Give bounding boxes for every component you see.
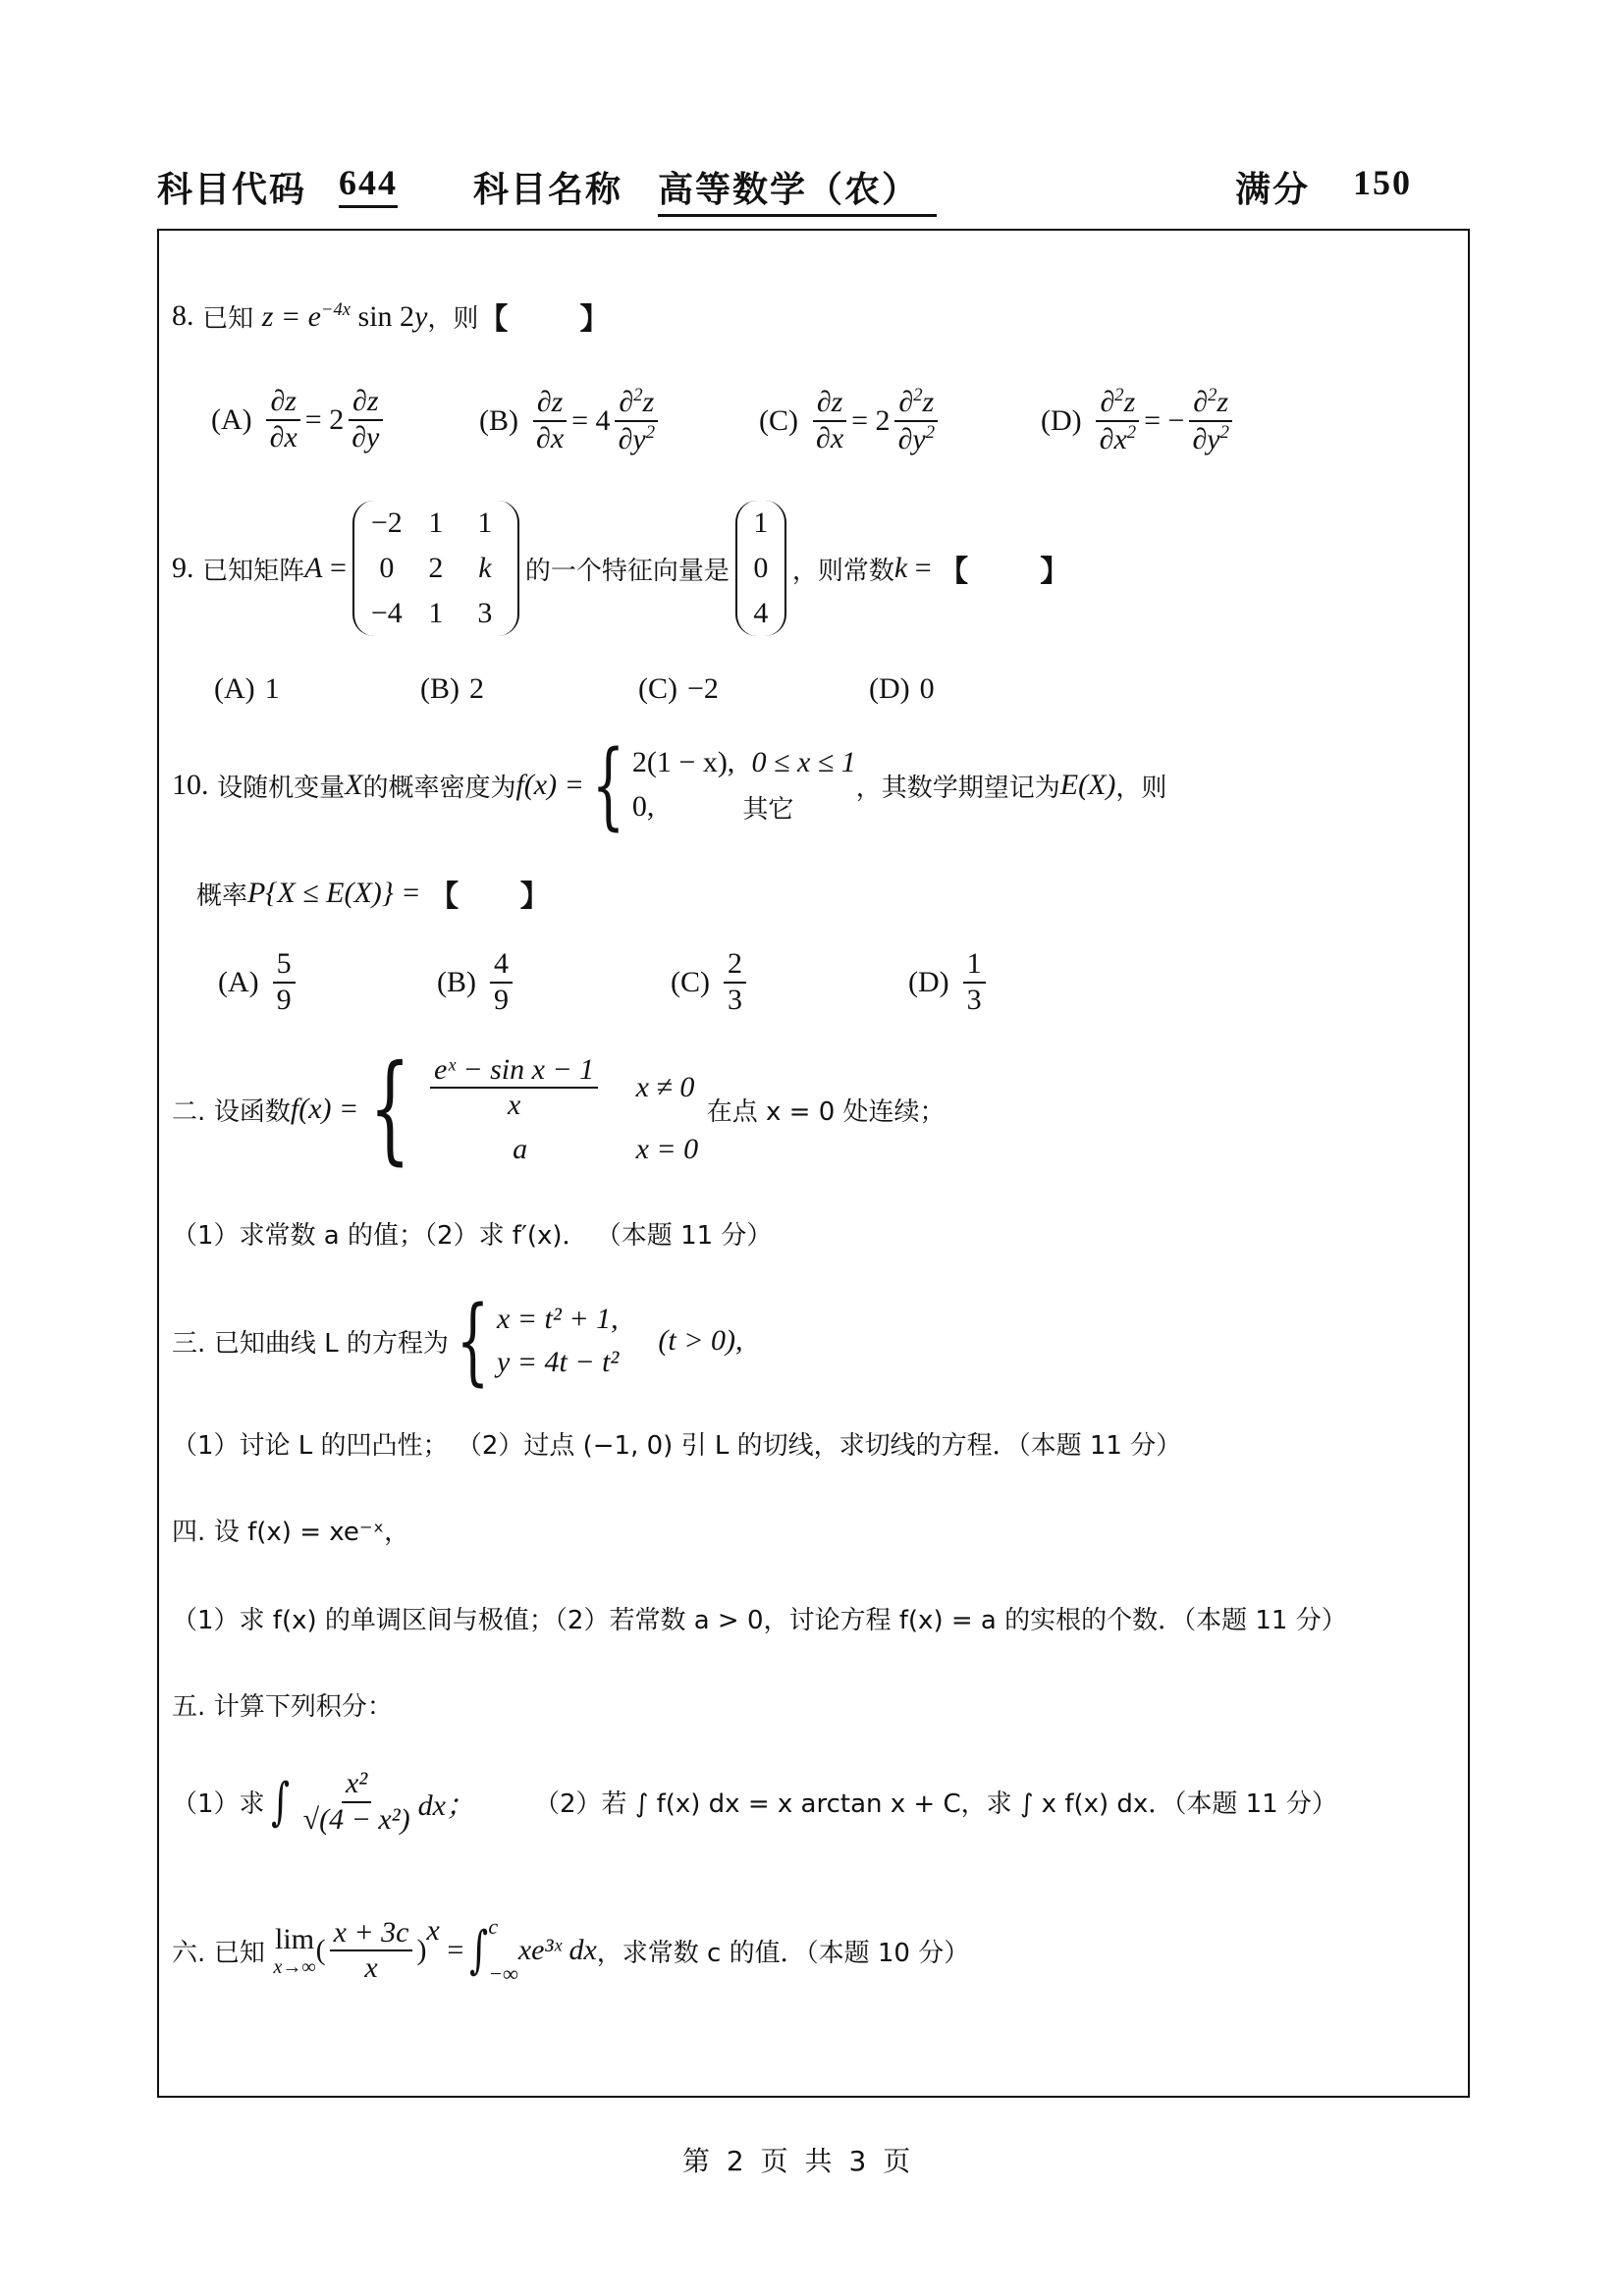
page-total: 3	[848, 2145, 870, 2177]
question-3-subparts: （1）讨论 L 的凹凸性； （2）过点 (−1, 0) 引 L 的切线，求切线的…	[172, 1425, 1181, 1462]
option-9a[interactable]: (A)1	[214, 672, 280, 706]
eigenvector: 104	[735, 501, 786, 636]
full-score: 150	[1353, 162, 1412, 203]
question-3-stem: 三. 已知曲线 L 的方程为 { x = t² + 1, y = 4t − t²…	[172, 1294, 742, 1388]
option-8c[interactable]: (C) ∂z∂x= 2 ∂2z∂y2	[759, 385, 943, 456]
option-10c[interactable]: (C)23	[671, 947, 750, 1017]
subject-code-label: 科目代码	[157, 162, 306, 212]
answer-blank[interactable]: 【 】	[939, 547, 1069, 590]
subject-name-label: 科目名称	[473, 162, 622, 212]
question-4-stem: 四. 设 f(x) = xe⁻ˣ，	[172, 1512, 409, 1548]
question-5-parts: （1）求 ∫ x²√(4 − x²) dx； （2）若 ∫ f(x) dx = …	[172, 1767, 1337, 1837]
question-2-subparts: （1）求常数 a 的值；（2）求 f′(x)． （本题 11 分）	[172, 1215, 772, 1252]
question-10-stem: 10. 设随机变量 X 的概率密度为 f(x) = { 2(1 − x), 0 …	[172, 738, 1166, 832]
page-indicator: 第 2 页 共 3 页	[682, 2140, 914, 2179]
question-10-line2: 概率 P{X ≤ E(X)} = 【 】	[196, 872, 550, 915]
question-number: 8.	[172, 299, 194, 333]
option-9c[interactable]: (C)−2	[638, 672, 719, 706]
option-10d[interactable]: (D)13	[908, 947, 990, 1017]
subject-name: 高等数学（农）	[658, 162, 937, 217]
question-5-stem: 五. 计算下列积分：	[172, 1686, 393, 1723]
question-2-stem: 二. 设函数 f(x) = { eˣ − sin x − 1xx ≠ 0 ax …	[172, 1050, 946, 1168]
question-8-stem: 8. 已知 z = e−4x sin 2y ，则 【 】	[172, 294, 610, 338]
full-score-label: 满分	[1235, 162, 1310, 212]
question-4-subparts: （1）求 f(x) 的单调区间与极值；（2）若常数 a > 0，讨论方程 f(x…	[172, 1600, 1347, 1636]
option-9b[interactable]: (B)2	[420, 672, 484, 706]
matrix-a: −211 02k −413	[352, 501, 519, 636]
subject-code: 644	[339, 162, 398, 208]
question-9-stem: 9. 已知矩阵 A = −211 02k −413 的一个特征向量是 104 ，…	[172, 501, 1069, 636]
answer-blank[interactable]: 【 】	[478, 294, 609, 338]
page-number: 2	[727, 2145, 748, 2177]
option-8b[interactable]: (B) ∂z∂x= 4 ∂2z∂y2	[479, 385, 663, 456]
option-9d[interactable]: (D)0	[869, 672, 935, 706]
option-8d[interactable]: (D) ∂2z∂x2= − ∂2z∂y2	[1041, 385, 1237, 456]
option-8a[interactable]: (A) ∂z∂x= 2 ∂z∂y	[211, 385, 387, 454]
option-10b[interactable]: (B)49	[437, 947, 516, 1017]
answer-blank[interactable]: 【 】	[429, 872, 550, 915]
equation: z = e−4x sin 2y	[262, 299, 428, 334]
option-10a[interactable]: (A)59	[218, 947, 299, 1017]
question-6-stem: 六. 已知 lim x→∞ ( x + 3cx )x = ∫ c −∞ xe³ˣ…	[172, 1914, 969, 1987]
